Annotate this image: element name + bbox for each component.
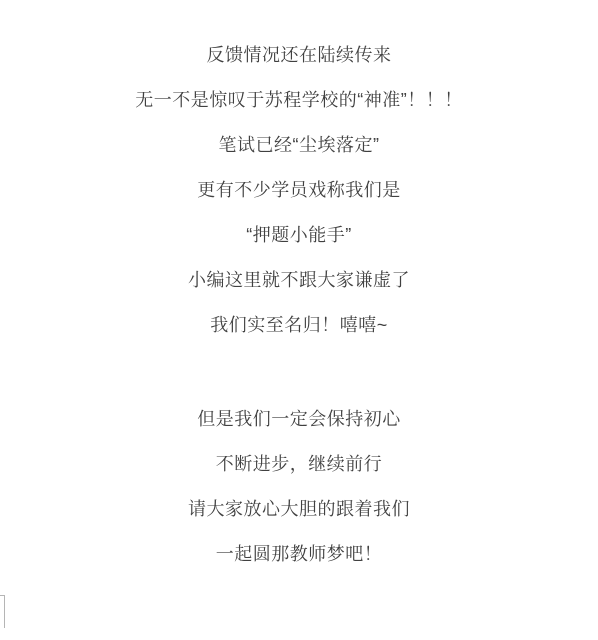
paragraph: 一起圆那教师梦吧！ (0, 532, 598, 577)
paragraph: 反馈情况还在陆续传来 (0, 33, 598, 78)
paragraph: 无一不是惊叹于苏程学校的“神准”！！！ (0, 78, 598, 123)
paragraph: 不断进步，继续前行 (0, 442, 598, 487)
cropped-border-fragment (0, 595, 5, 628)
paragraph: 更有不少学员戏称我们是 (0, 168, 598, 213)
paragraph: 小编这里就不跟大家谦虚了 (0, 258, 598, 303)
paragraph: “押题小能手” (0, 213, 598, 258)
paragraph: 我们实至名归！嘻嘻~ (0, 303, 598, 348)
paragraph: 请大家放心大胆的跟着我们 (0, 487, 598, 532)
paragraph: 笔试已经“尘埃落定” (0, 123, 598, 168)
paragraph: 但是我们一定会保持初心 (0, 397, 598, 442)
paragraph-spacer (0, 348, 598, 397)
article-text-block: 反馈情况还在陆续传来 无一不是惊叹于苏程学校的“神准”！！！ 笔试已经“尘埃落定… (0, 0, 598, 577)
